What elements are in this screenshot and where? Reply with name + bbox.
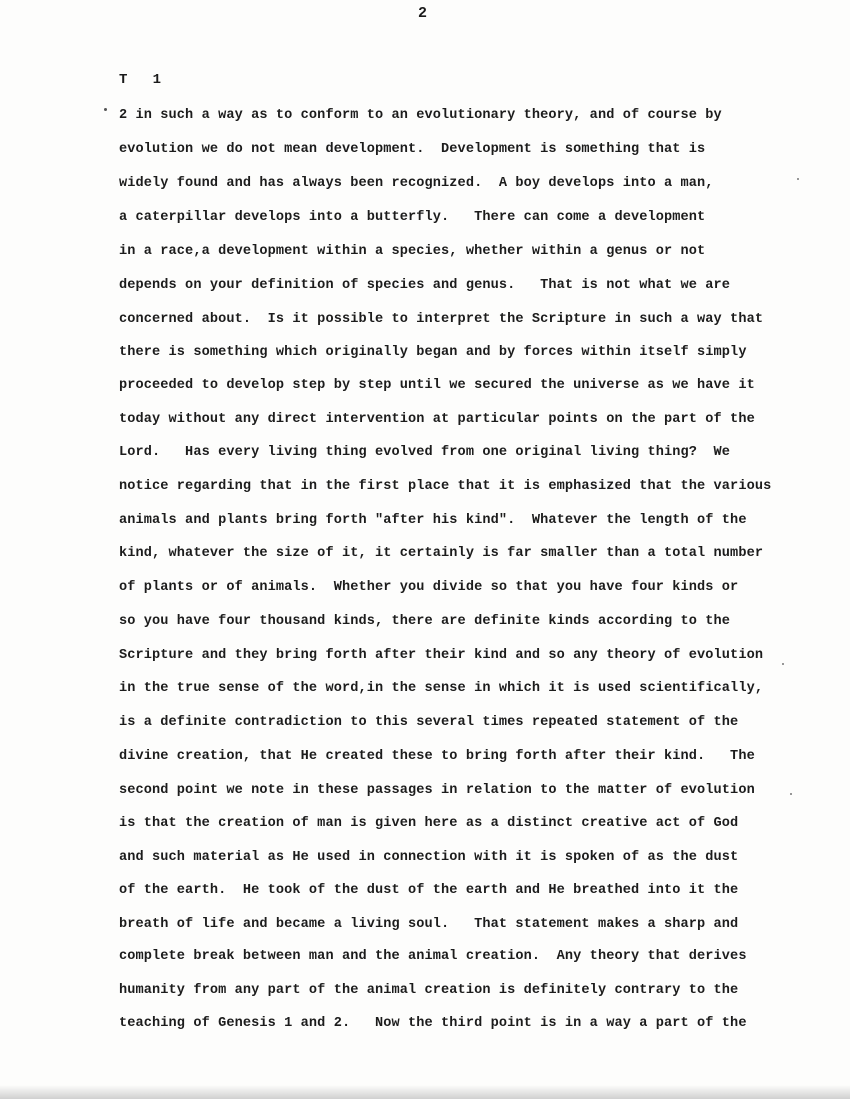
- text-line: is a definite contradiction to this seve…: [119, 715, 738, 730]
- text-line: kind, whatever the size of it, it certai…: [119, 546, 763, 561]
- text-line: notice regarding that in the first place…: [119, 479, 771, 494]
- text-line: depends on your definition of species an…: [119, 278, 730, 293]
- text-line: Lord. Has every living thing evolved fro…: [119, 445, 730, 460]
- text-line: there is something which originally bega…: [119, 345, 747, 360]
- text-line: concerned about. Is it possible to inter…: [119, 312, 763, 327]
- text-line: a caterpillar develops into a butterfly.…: [119, 210, 705, 225]
- margin-mark: [782, 663, 784, 665]
- text-line: of the earth. He took of the dust of the…: [119, 883, 738, 898]
- text-line: widely found and has always been recogni…: [119, 176, 714, 191]
- text-line: Scripture and they bring forth after the…: [119, 648, 763, 663]
- margin-mark: [790, 793, 792, 795]
- text-line: in a race,a development within a species…: [119, 244, 705, 259]
- page-edge-shadow: [0, 1085, 850, 1099]
- text-line: evolution we do not mean development. De…: [119, 142, 705, 157]
- header-mark: T 1: [119, 72, 161, 88]
- text-line: is that the creation of man is given her…: [119, 816, 738, 831]
- text-line: divine creation, that He created these t…: [119, 749, 755, 764]
- page-number: 2: [418, 5, 427, 22]
- text-line: second point we note in these passages i…: [119, 783, 755, 798]
- text-line: humanity from any part of the animal cre…: [119, 983, 738, 998]
- text-line: and such material as He used in connecti…: [119, 850, 738, 865]
- text-line: in the true sense of the word,in the sen…: [119, 681, 763, 696]
- typewritten-page: 2 T 1 2 in such a way as to conform to a…: [0, 0, 850, 1099]
- margin-mark: [797, 178, 799, 180]
- text-line: 2 in such a way as to conform to an evol…: [119, 108, 722, 123]
- text-line: today without any direct intervention at…: [119, 412, 755, 427]
- text-line: so you have four thousand kinds, there a…: [119, 614, 730, 629]
- text-line: teaching of Genesis 1 and 2. Now the thi…: [119, 1016, 747, 1031]
- margin-mark: [104, 108, 107, 111]
- text-line: proceeded to develop step by step until …: [119, 378, 755, 393]
- text-line: animals and plants bring forth "after hi…: [119, 513, 747, 528]
- text-line: breath of life and became a living soul.…: [119, 917, 738, 932]
- text-line: complete break between man and the anima…: [119, 949, 747, 964]
- text-line: of plants or of animals. Whether you div…: [119, 580, 738, 595]
